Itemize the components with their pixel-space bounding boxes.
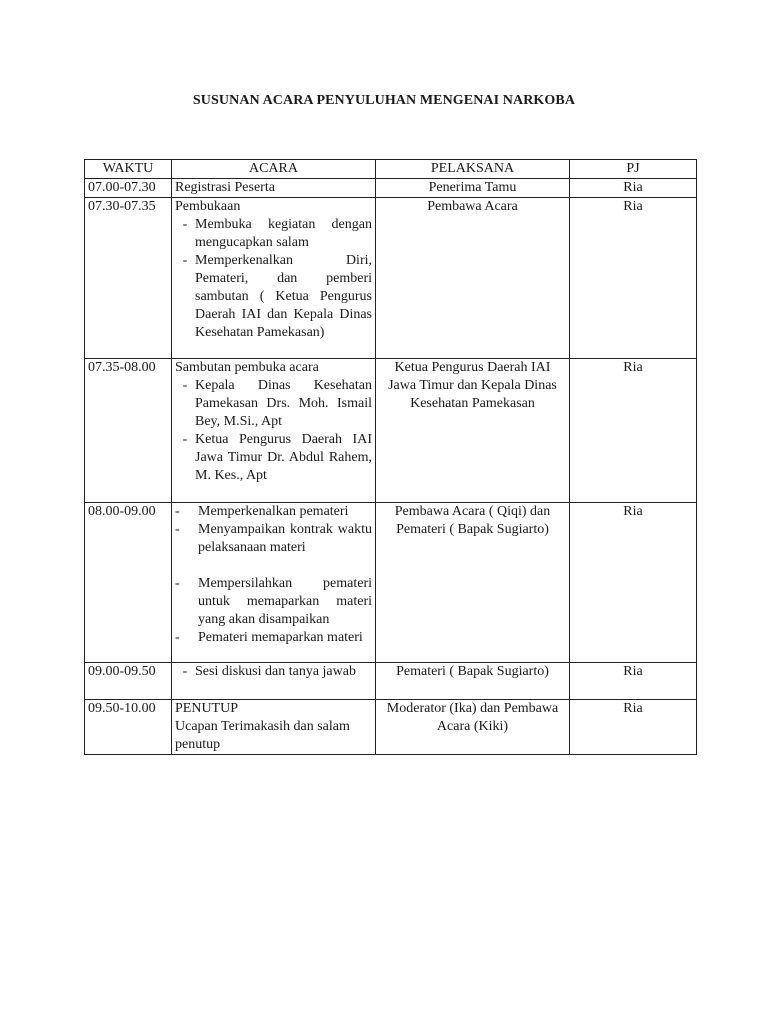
acara-list-item: - Ketua Pengurus Daerah IAI Jawa Timur D…: [175, 431, 372, 485]
bullet-dash: -: [175, 252, 195, 342]
acara-title: Pembukaan: [175, 198, 372, 216]
cell-pelaksana: Penerima Tamu: [376, 179, 570, 198]
cell-pj: Ria: [570, 359, 697, 503]
cell-pj: Ria: [570, 179, 697, 198]
acara-title: PENUTUP: [175, 700, 372, 718]
bullet-dash: -: [175, 629, 198, 647]
header-waktu: WAKTU: [85, 160, 172, 179]
table-row: 09.50-10.00 PENUTUP Ucapan Terimakasih d…: [85, 700, 697, 755]
header-pj: PJ: [570, 160, 697, 179]
acara-title: Sambutan pembuka acara: [175, 359, 372, 377]
acara-list-item: - Pemateri memaparkan materi: [175, 629, 372, 647]
cell-pelaksana: Moderator (Ika) dan Pembawa Acara (Kiki): [376, 700, 570, 755]
blank-line: [175, 557, 372, 575]
cell-waktu: 07.30-07.35: [85, 198, 172, 359]
cell-pj: Ria: [570, 700, 697, 755]
table-row: 07.00-07.30 Registrasi Peserta Penerima …: [85, 179, 697, 198]
acara-list-item: - Memperkenalkan Diri, Pemateri, dan pem…: [175, 252, 372, 342]
bullet-dash: -: [175, 377, 195, 431]
bullet-dash: -: [175, 575, 198, 629]
acara-list-item: - Kepala Dinas Kesehatan Pamekasan Drs. …: [175, 377, 372, 431]
header-pelaksana: PELAKSANA: [376, 160, 570, 179]
cell-pelaksana: Pembawa Acara ( Qiqi) dan Pemateri ( Bap…: [376, 503, 570, 663]
cell-pj: Ria: [570, 198, 697, 359]
cell-pj: Ria: [570, 503, 697, 663]
acara-list-item: - Membuka kegiatan dengan mengucapkan sa…: [175, 216, 372, 252]
table-header-row: WAKTU ACARA PELAKSANA PJ: [85, 160, 697, 179]
cell-waktu: 07.00-07.30: [85, 179, 172, 198]
cell-pj: Ria: [570, 663, 697, 700]
bullet-dash: -: [175, 431, 195, 485]
cell-waktu: 07.35-08.00: [85, 359, 172, 503]
bullet-dash: -: [175, 216, 195, 252]
acara-list-item: - Memperkenalkan pemateri: [175, 503, 372, 521]
cell-acara: - Memperkenalkan pemateri - Menyampaikan…: [172, 503, 376, 663]
cell-acara: - Sesi diskusi dan tanya jawab: [172, 663, 376, 700]
acara-title: Registrasi Peserta: [175, 179, 372, 197]
cell-waktu: 08.00-09.00: [85, 503, 172, 663]
acara-list-item: - Mempersilahkan pemateri untuk memapark…: [175, 575, 372, 629]
cell-acara: Sambutan pembuka acara - Kepala Dinas Ke…: [172, 359, 376, 503]
bullet-dash: -: [175, 521, 198, 557]
table-row: 07.35-08.00 Sambutan pembuka acara - Kep…: [85, 359, 697, 503]
table-row: 07.30-07.35 Pembukaan - Membuka kegiatan…: [85, 198, 697, 359]
schedule-table: WAKTU ACARA PELAKSANA PJ 07.00-07.30 Reg…: [84, 159, 697, 755]
cell-acara: Pembukaan - Membuka kegiatan dengan meng…: [172, 198, 376, 359]
cell-waktu: 09.50-10.00: [85, 700, 172, 755]
cell-acara: PENUTUP Ucapan Terimakasih dan salam pen…: [172, 700, 376, 755]
cell-pelaksana: Pemateri ( Bapak Sugiarto): [376, 663, 570, 700]
table-row: 09.00-09.50 - Sesi diskusi dan tanya jaw…: [85, 663, 697, 700]
document-title: SUSUNAN ACARA PENYULUHAN MENGENAI NARKOB…: [0, 93, 768, 109]
cell-pelaksana: Ketua Pengurus Daerah IAI Jawa Timur dan…: [376, 359, 570, 503]
bullet-dash: -: [175, 663, 195, 681]
cell-acara: Registrasi Peserta: [172, 179, 376, 198]
acara-list-item: - Menyampaikan kontrak waktu pelaksanaan…: [175, 521, 372, 557]
acara-subtitle: Ucapan Terimakasih dan salam penutup: [175, 718, 372, 754]
table-row: 08.00-09.00 - Memperkenalkan pemateri - …: [85, 503, 697, 663]
cell-pelaksana: Pembawa Acara: [376, 198, 570, 359]
bullet-dash: -: [175, 503, 198, 521]
cell-waktu: 09.00-09.50: [85, 663, 172, 700]
acara-list-item: - Sesi diskusi dan tanya jawab: [175, 663, 372, 681]
header-acara: ACARA: [172, 160, 376, 179]
